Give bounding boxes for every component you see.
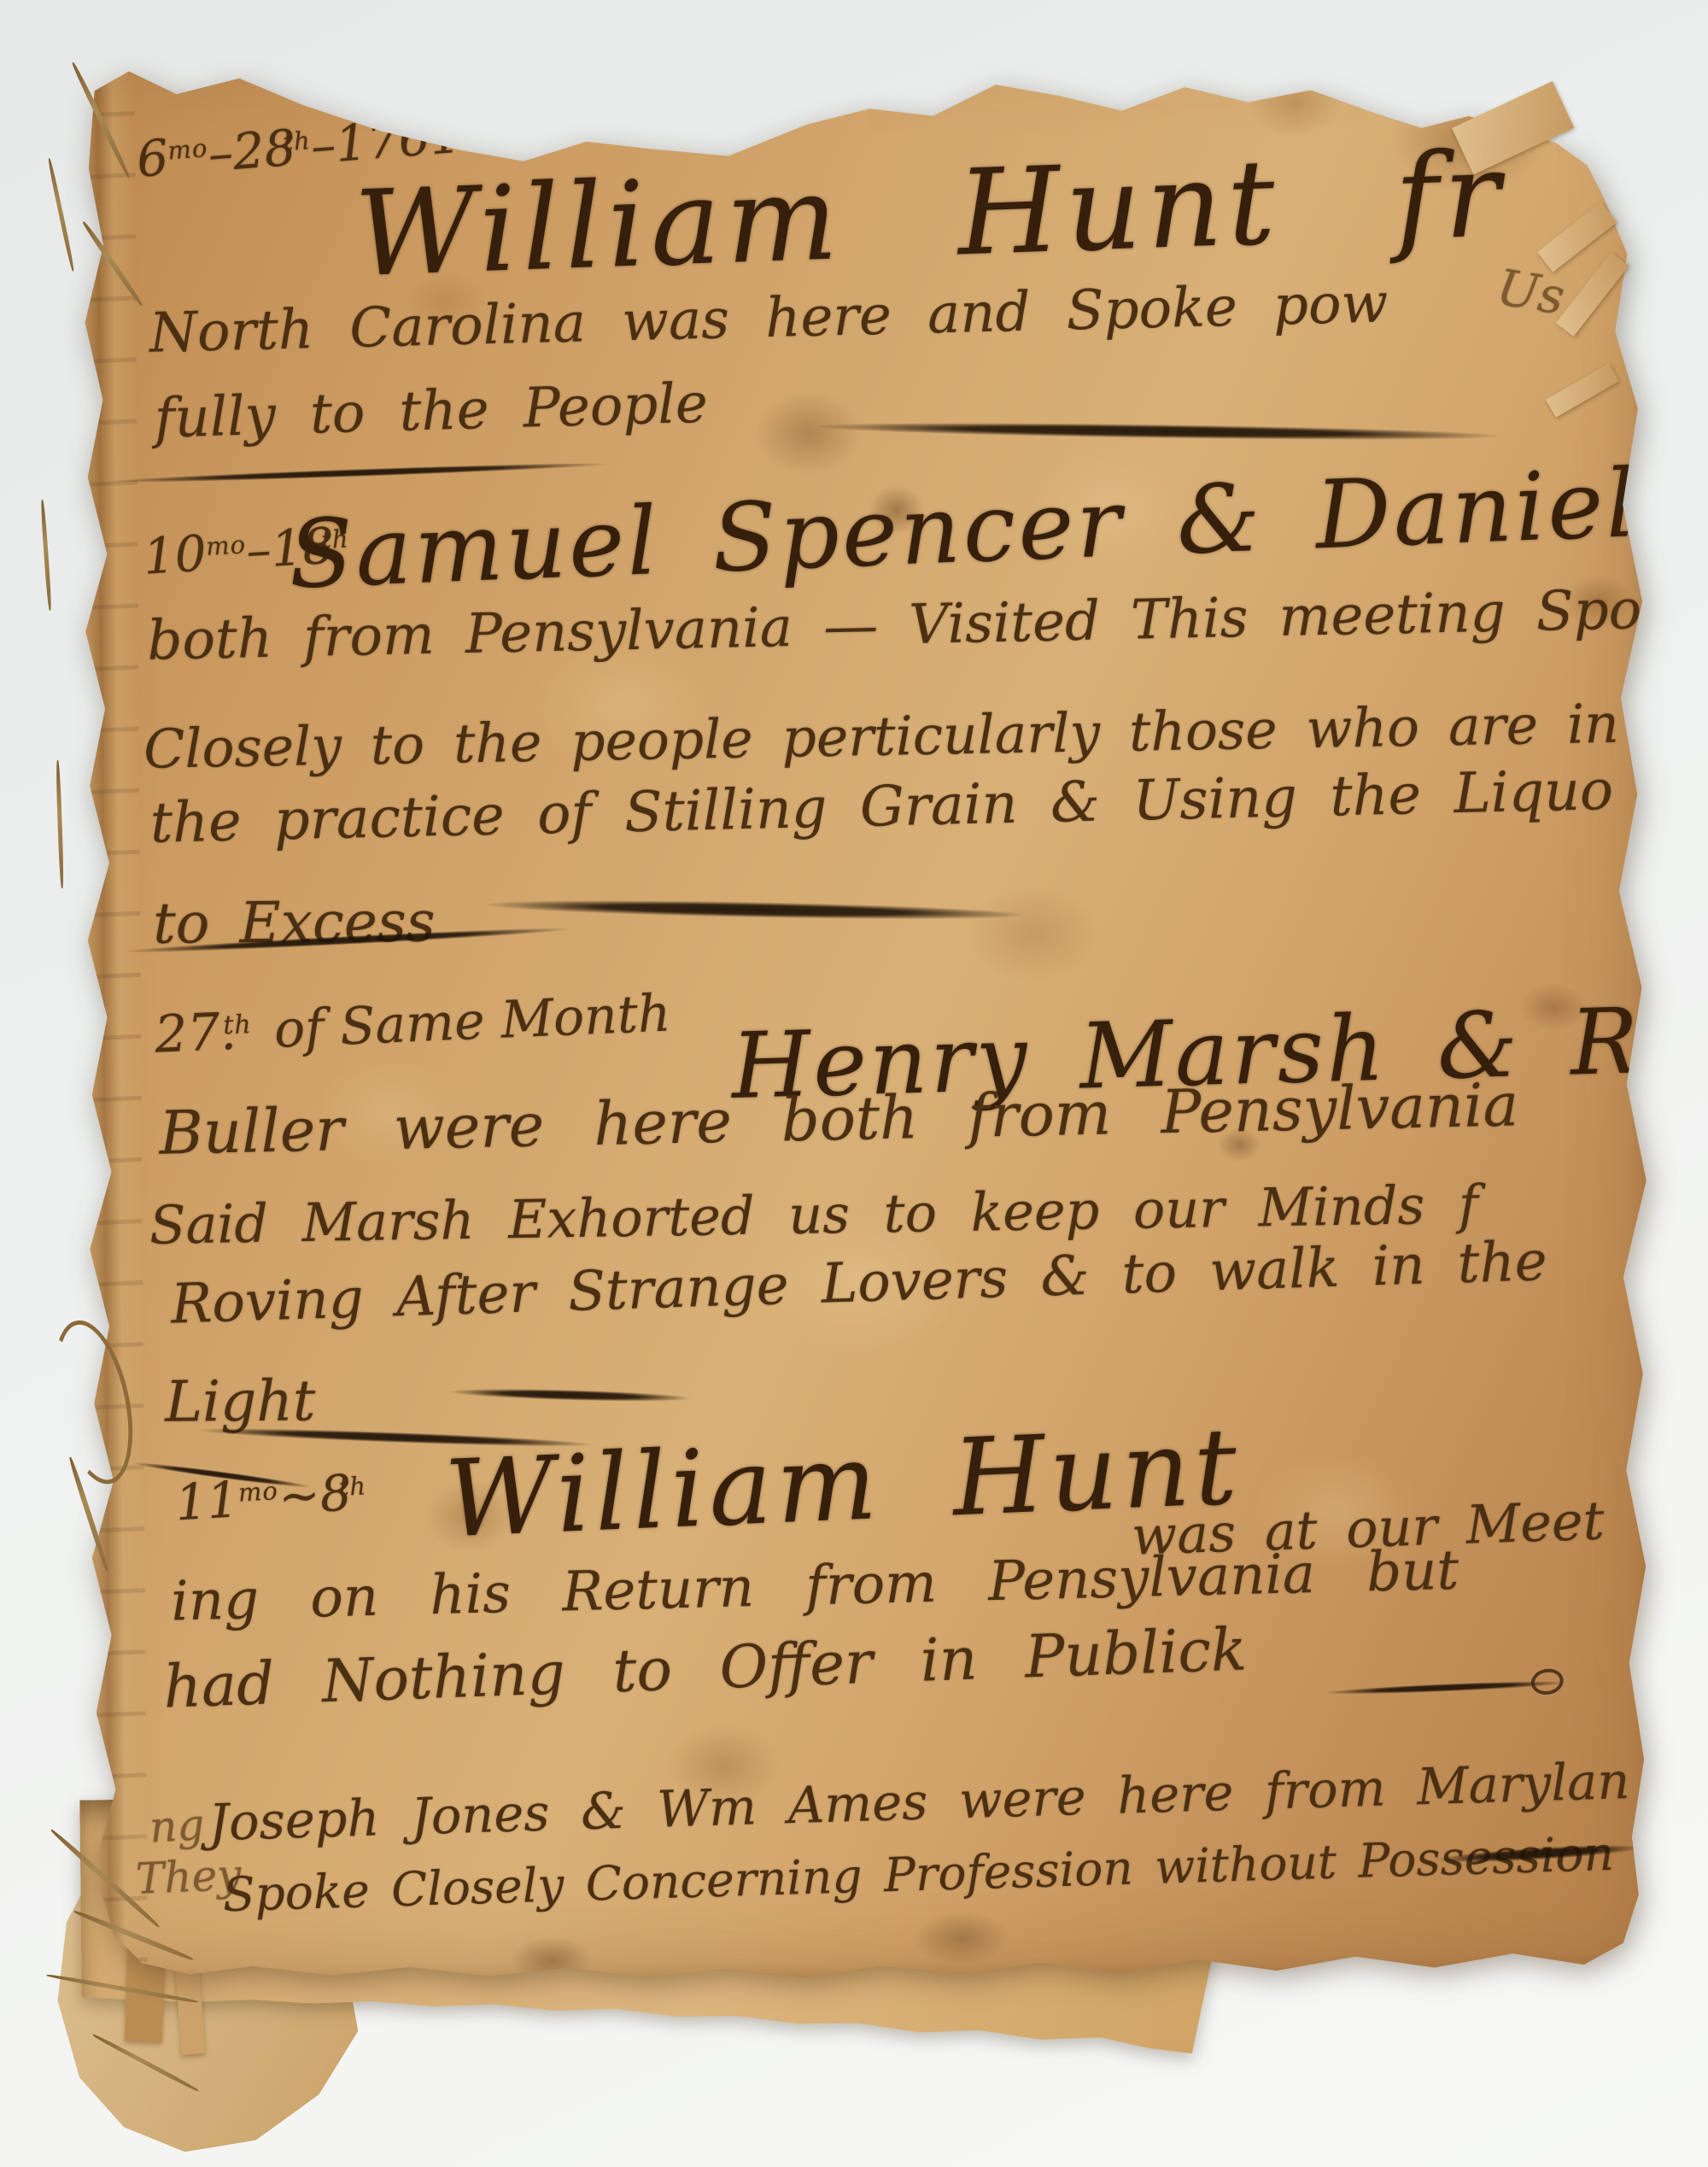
entry3-line4: Light	[165, 1370, 316, 1433]
ink-flourish	[451, 1386, 690, 1403]
binding-fold	[66, 52, 148, 1983]
date-month-suffix: mo	[237, 1476, 279, 1508]
ink-flourish	[112, 460, 607, 485]
date-month: 11	[174, 1470, 241, 1532]
ink-flourish	[486, 897, 1024, 922]
date-sep: ~	[277, 1466, 322, 1526]
date-month: 10	[142, 524, 208, 585]
entry4-line1: ing on his Return from Pensylvania but	[171, 1541, 1459, 1632]
entry4-heading: William Hunt	[443, 1409, 1243, 1558]
entry1-line1: North Carolina was here and Spoke pow	[149, 273, 1389, 364]
ink-loop-flourish	[1529, 1666, 1565, 1697]
entry4-line2: had Nothing to Offer in Publick	[162, 1618, 1248, 1720]
date-sep: –	[244, 520, 272, 580]
date-day-suffix: th	[223, 1010, 253, 1040]
entry4-date: 11mo~8th	[174, 1465, 369, 1531]
date-month: 6	[135, 128, 171, 189]
date-day-suffix: th	[338, 1471, 367, 1502]
entry3-line1: Buller were here both from Pensylvania	[159, 1072, 1519, 1166]
date-day-suffix: th	[282, 126, 312, 156]
entry1-line2: fully to the People	[154, 374, 709, 449]
binding-thread	[47, 158, 75, 272]
date-month-suffix: mo	[167, 133, 208, 166]
binding-thread	[40, 500, 52, 611]
entry5-left-fragment1: ng	[148, 1801, 205, 1852]
date-rest: of Same Month	[273, 983, 672, 1059]
ink-flourish	[1326, 1678, 1565, 1696]
manuscript-page: 6mo–28th–1761 William Hunt fr North Caro…	[66, 42, 1655, 1983]
photograph-background: 6mo–28th–1761 William Hunt fr North Caro…	[0, 0, 1708, 2167]
binding-thread	[56, 760, 64, 888]
date-month-suffix: mo	[205, 530, 247, 561]
ink-flourish	[816, 419, 1499, 442]
entry1-edge-fragment: Us	[1493, 261, 1568, 325]
entry3-date: 27.thof Same Month	[154, 985, 672, 1063]
